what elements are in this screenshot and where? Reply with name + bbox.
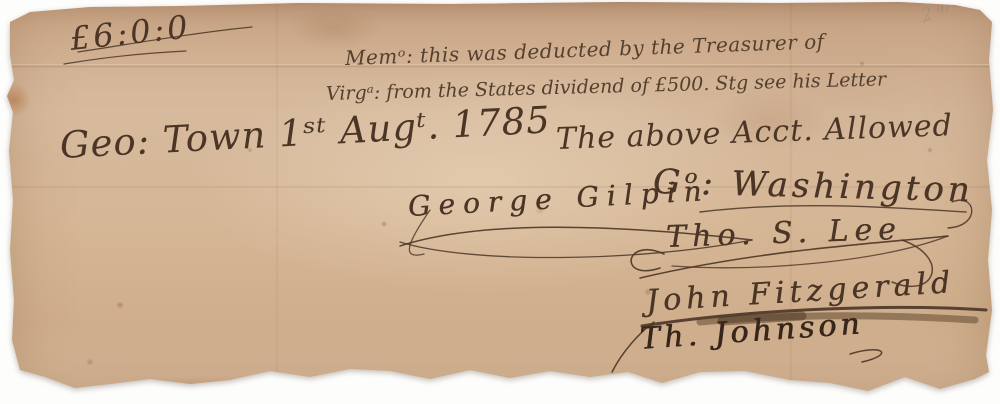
memo-line-2: Virgᵃ: from the States dividend of £500.… bbox=[326, 68, 887, 105]
scan-background: £6:0:0 Memᵒ: this was deducted by the Tr… bbox=[0, 0, 1000, 404]
vertical-crease-left bbox=[276, 0, 279, 404]
approval-line: The above Acct. Allowed bbox=[555, 108, 953, 157]
place-date-line: Geo: Town 1ˢᵗ Augᵗ. 1785 bbox=[59, 98, 552, 167]
memo-line-1: Memᵒ: this was deducted by the Treasurer… bbox=[345, 29, 825, 70]
signature-tho-s-lee: Tho. S. Lee bbox=[665, 212, 902, 255]
lee-left-loop bbox=[631, 250, 664, 271]
faint-pencil-notation: 2 4/1 bbox=[920, 0, 963, 28]
amount-pounds: £6:0:0 bbox=[68, 7, 192, 57]
signature-g-washington: Gᵒ: Washington bbox=[652, 162, 974, 210]
document-paper-wrap: £6:0:0 Memᵒ: this was deducted by the Tr… bbox=[0, 0, 1000, 404]
johnson-end-flourish bbox=[850, 350, 882, 362]
aged-paper-receipt: £6:0:0 Memᵒ: this was deducted by the Tr… bbox=[0, 0, 1000, 404]
